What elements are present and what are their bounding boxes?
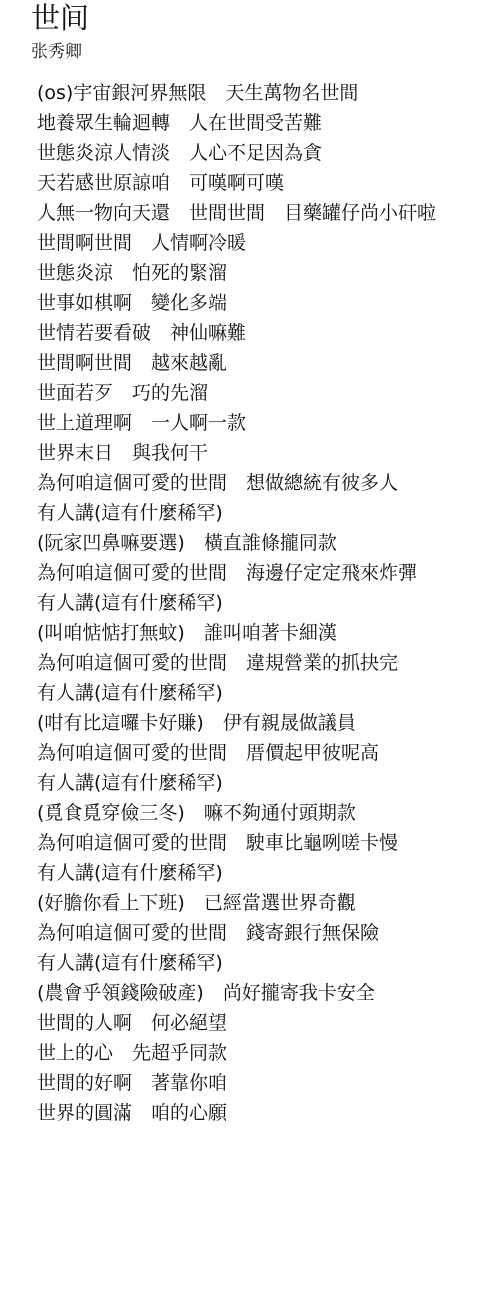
lyric-line: 世態炎涼 怕死的緊溜 (37, 258, 436, 288)
lyric-line: 為何咱這個可愛的世間 駛車比龜咧嗟卡慢 (37, 828, 436, 858)
lyric-line: 世間啊世間 越來越亂 (37, 348, 436, 378)
lyric-line: (os)宇宙銀河界無限 天生萬物名世間 (37, 78, 436, 108)
lyric-line: 為何咱這個可愛的世間 違規營業的抓抉完 (37, 648, 436, 678)
lyric-line: 世上道理啊 一人啊一款 (37, 408, 436, 438)
lyrics-list: (os)宇宙銀河界無限 天生萬物名世間 地養眾生輪迴轉 人在世間受苦難 世態炎涼… (37, 78, 436, 1128)
lyric-line: (農會乎領錢險破產) 尚好攏寄我卡安全 (37, 978, 436, 1008)
lyric-line: 世間的人啊 何必絕望 (37, 1008, 436, 1038)
lyric-line: 為何咱這個可愛的世間 想做總統有彼多人 (37, 468, 436, 498)
lyric-line: 有人講(這有什麼稀罕) (37, 948, 436, 978)
lyric-line: 為何咱這個可愛的世間 錢寄銀行無保險 (37, 918, 436, 948)
lyric-line: 世間的好啊 著靠你咱 (37, 1068, 436, 1098)
lyric-line: 有人講(這有什麼稀罕) (37, 588, 436, 618)
lyric-line: 為何咱這個可愛的世間 海邊仔定定飛來炸彈 (37, 558, 436, 588)
lyric-line: 世態炎涼人情淡 人心不足因為貪 (37, 138, 436, 168)
lyric-line: 人無一物向天還 世間世間 目藥罐仔尚小矸啦 (37, 198, 436, 228)
lyric-line: 世情若要看破 神仙嘛難 (37, 318, 436, 348)
song-title: 世间 (31, 0, 89, 36)
lyric-line: 有人講(這有什麼稀罕) (37, 678, 436, 708)
lyric-line: 有人講(這有什麼稀罕) (37, 858, 436, 888)
lyric-line: 有人講(這有什麼稀罕) (37, 768, 436, 798)
lyric-line: 地養眾生輪迴轉 人在世間受苦難 (37, 108, 436, 138)
lyric-line: 天若感世原諒咱 可嘆啊可嘆 (37, 168, 436, 198)
artist-name: 张秀卿 (31, 40, 82, 64)
lyric-line: 為何咱這個可愛的世間 厝價起甲彼呢高 (37, 738, 436, 768)
lyric-line: (叫咱惦惦打無蚊) 誰叫咱著卡細漢 (37, 618, 436, 648)
lyric-line: (覓食覓穿儉三冬) 嘛不夠通付頭期款 (37, 798, 436, 828)
lyric-line: 世間啊世間 人情啊冷暖 (37, 228, 436, 258)
lyric-line: 世上的心 先超乎同款 (37, 1038, 436, 1068)
lyric-line: (好膽你看上下班) 已經當選世界奇觀 (37, 888, 436, 918)
lyric-line: (咁有比這囉卡好賺) 伊有親晟做議員 (37, 708, 436, 738)
lyric-line: 世界的圓滿 咱的心願 (37, 1098, 436, 1128)
lyric-line: 世面若歹 巧的先溜 (37, 378, 436, 408)
lyric-line: 世事如棋啊 變化多端 (37, 288, 436, 318)
lyric-line: 有人講(這有什麼稀罕) (37, 498, 436, 528)
lyric-line: (阮家凹鼻嘛要選) 橫直誰條攏同款 (37, 528, 436, 558)
lyric-line: 世界末日 與我何干 (37, 438, 436, 468)
